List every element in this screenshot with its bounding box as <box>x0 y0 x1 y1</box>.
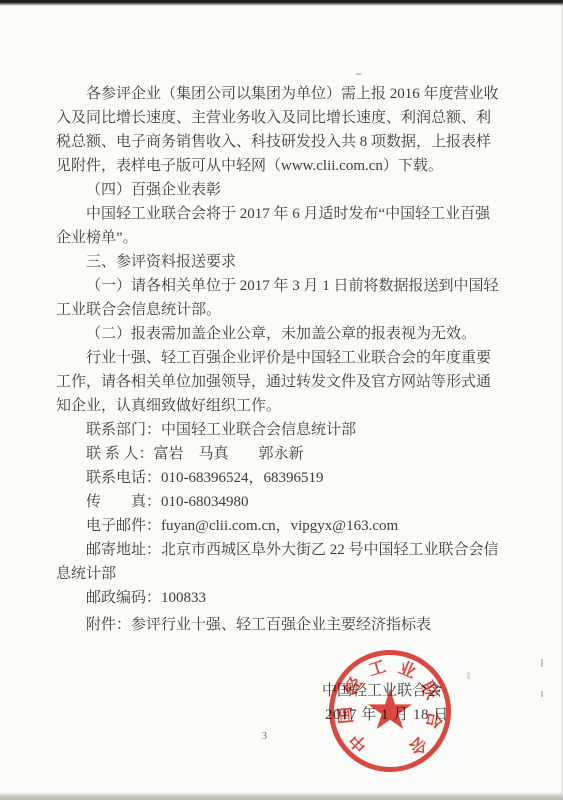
scan-edge-bottom <box>0 792 563 800</box>
text-line: （四）百强企业表彰 <box>56 178 500 202</box>
text-line: 行业十强、轻工百强企业评价是中国轻工业联合会的年度重要 <box>56 346 500 370</box>
seal-character: 合 <box>421 708 445 732</box>
text-line: 传 真：010-68034980 <box>56 490 500 514</box>
text-line: 中国轻工业联合会将于 2017 年 6 月适时发布“中国轻工业百强 <box>56 202 500 226</box>
text-line: 联 系 人：富岩 马真 郭永新 <box>56 442 500 466</box>
scan-speck <box>467 672 470 679</box>
attachment-line: 附件：参评行业十强、轻工百强企业主要经济指标表 <box>56 613 530 637</box>
scanned-document-page: 各参评企业（集团公司以集团为单位）需上报 2016 年度营业收入及同比增长速度、… <box>0 0 563 800</box>
text-line: 入及同比增长速度、主营业务收入及同比增长速度、利润总额、利 <box>56 106 500 130</box>
document-body: 各参评企业（集团公司以集团为单位）需上报 2016 年度营业收入及同比增长速度、… <box>56 82 500 610</box>
scan-speck <box>356 73 361 75</box>
text-line: 三、参评资料报送要求 <box>56 250 500 274</box>
text-line: （二）报表需加盖企业公章，未加盖公章的报表视为无效。 <box>56 322 500 346</box>
scan-edge-top <box>0 0 563 6</box>
text-line: （一）请各相关单位于 2017 年 3 月 1 日前将数据报送到中国轻 <box>56 274 500 298</box>
official-red-seal: 中国轻工业联合会 <box>329 650 451 772</box>
text-line: 见附件，表样电子版可从中轻网（www.clii.com.cn）下载。 <box>56 154 500 178</box>
scan-speck <box>541 691 543 697</box>
page-number: 3 <box>262 731 267 742</box>
text-line: 联系电话：010-68396524，68396519 <box>56 466 500 490</box>
text-line: 息统计部 <box>56 562 500 586</box>
text-line: 企业榜单”。 <box>56 226 500 250</box>
text-line: 电子邮件：fuyan@clii.com.cn，vipgyx@163.com <box>56 514 500 538</box>
scan-speck <box>541 659 543 667</box>
text-line: 联系部门：中国轻工业联合会信息统计部 <box>56 418 500 442</box>
text-line: 知企业，认真细致做好组织工作。 <box>56 394 500 418</box>
seal-character: 国 <box>335 704 357 726</box>
text-line: 邮政编码：100833 <box>56 586 500 610</box>
text-line: 各参评企业（集团公司以集团为单位）需上报 2016 年度营业收 <box>56 82 500 106</box>
text-line: 工作，请各相关单位加强领导，通过转发文件及官方网站等形式通 <box>56 370 500 394</box>
text-line: 工业联合会信息统计部。 <box>56 298 500 322</box>
text-line: 邮寄地址：北京市西城区阜外大街乙 22 号中国轻工业联合会信 <box>56 538 500 562</box>
text-line: 税总额、电子商务销售收入、科技研发投入共 8 项数据，上报表样 <box>56 130 500 154</box>
